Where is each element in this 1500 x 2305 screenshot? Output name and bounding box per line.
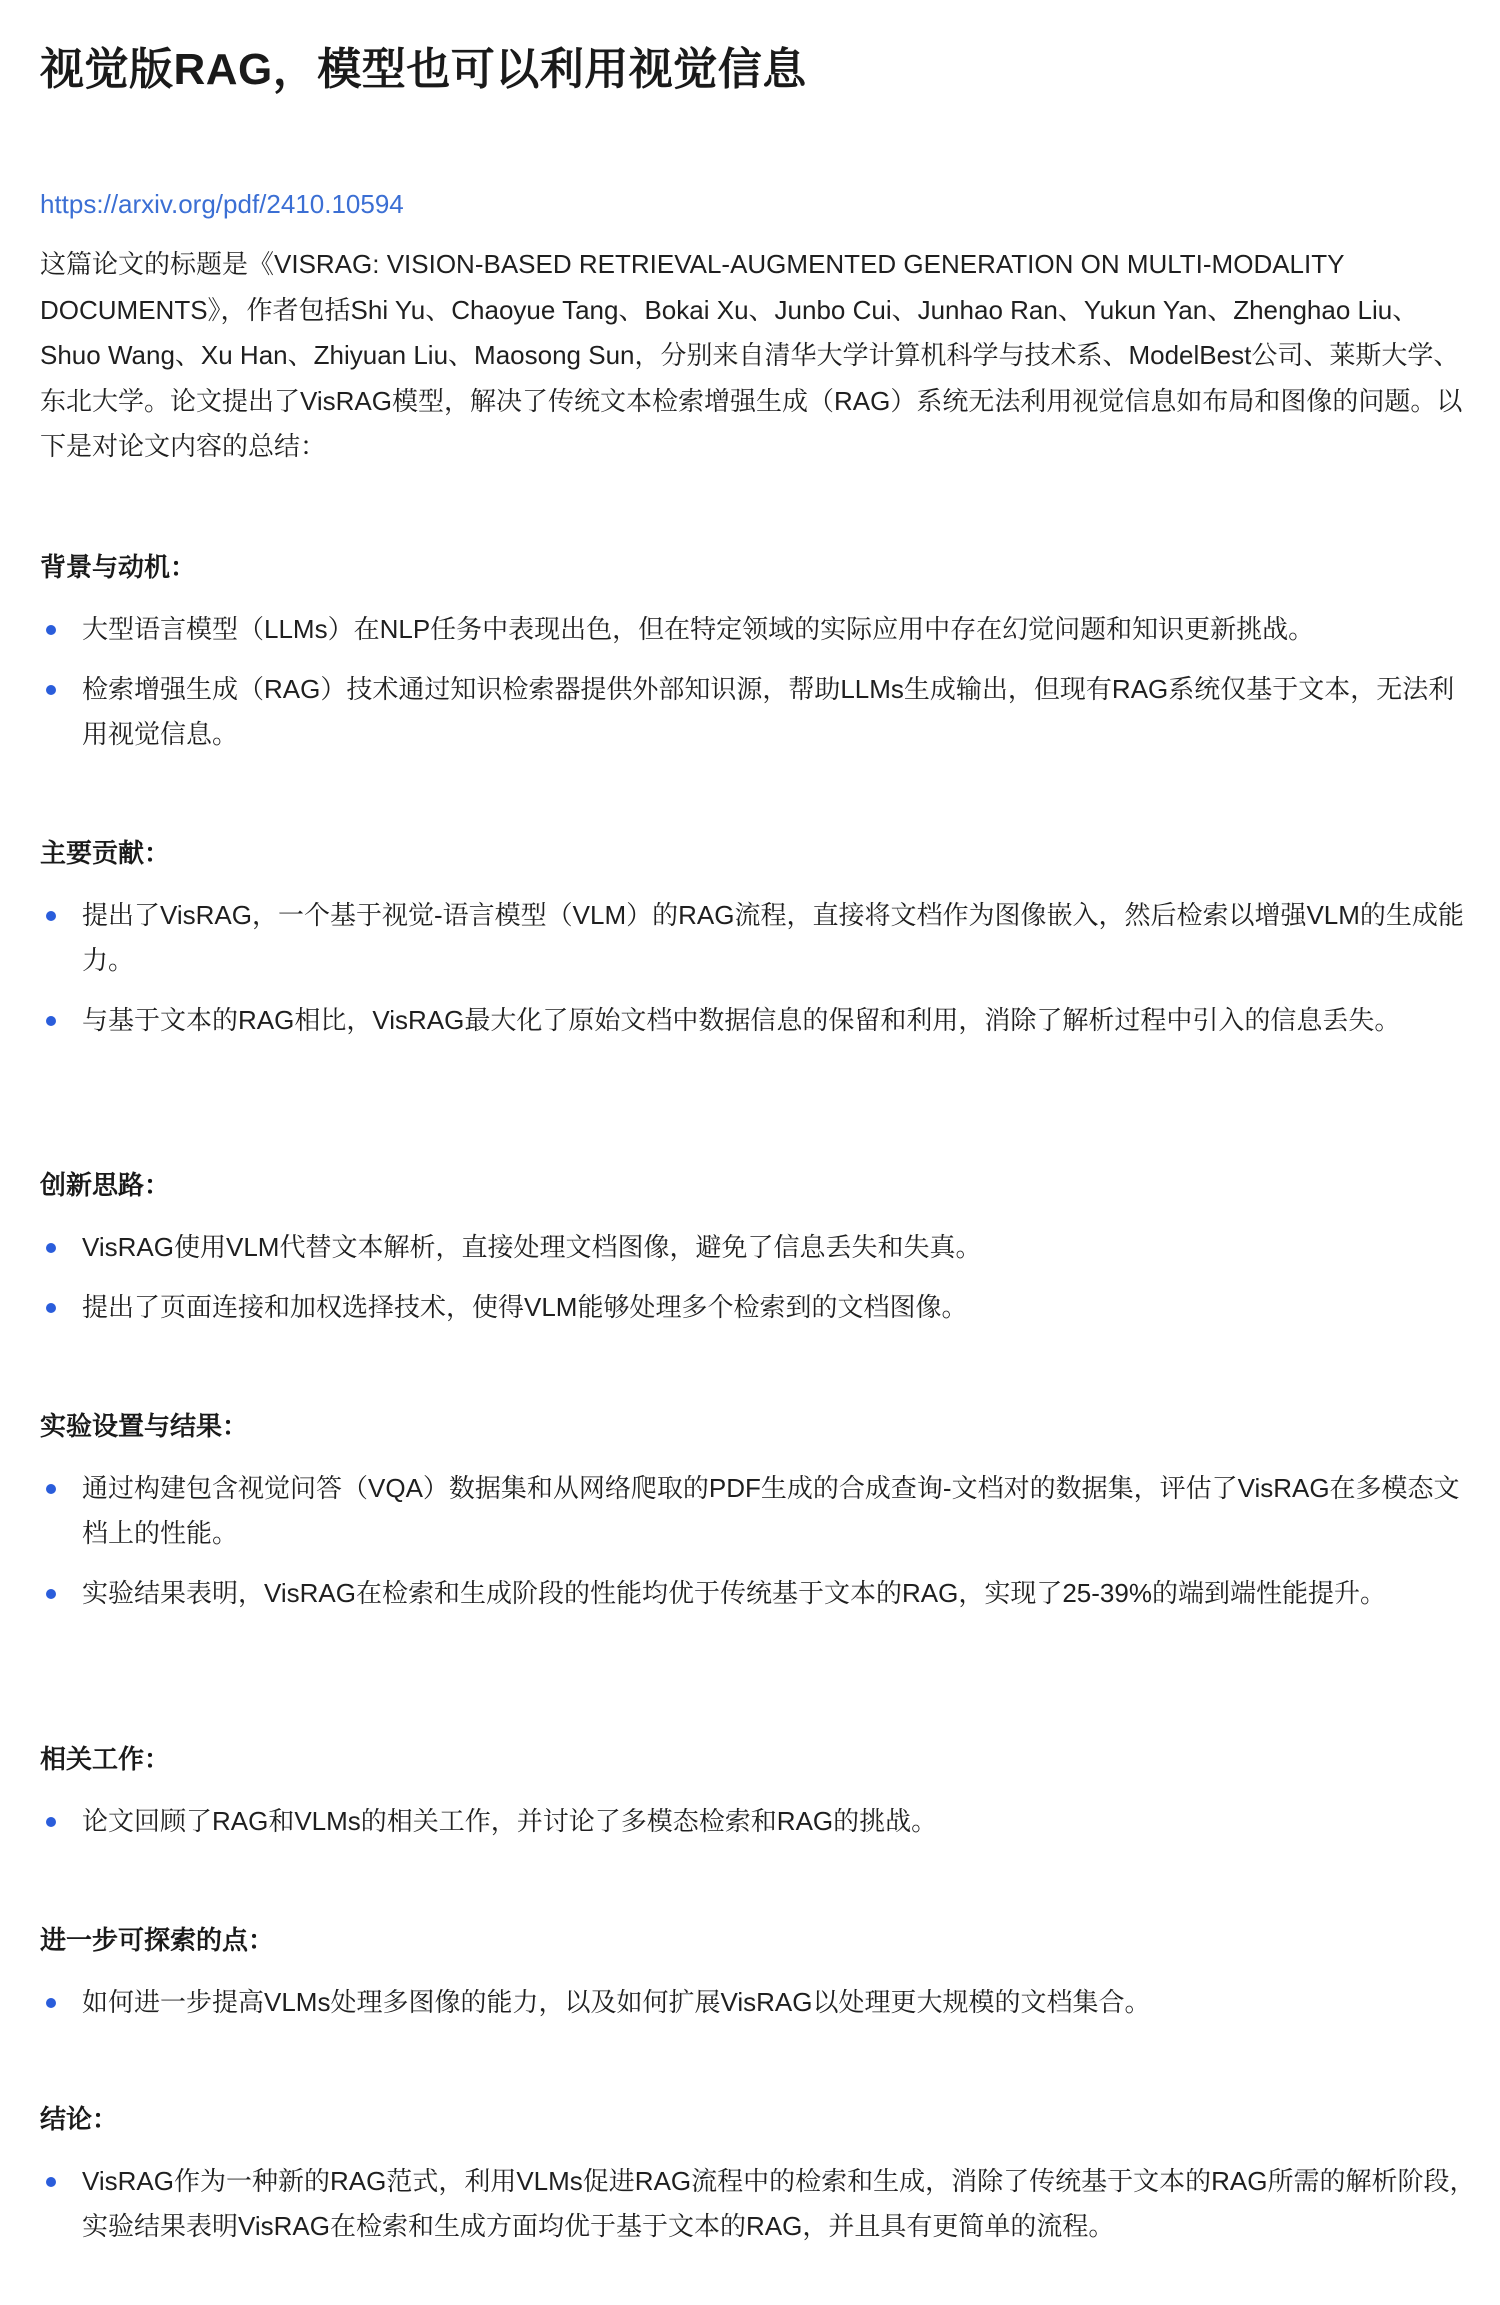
bullet-icon [46, 1484, 56, 1494]
list-item: 如何进一步提高VLMs处理多图像的能力，以及如何扩展VisRAG以处理更大规模的… [40, 1980, 1480, 2026]
bullet-icon [46, 911, 56, 921]
section-heading: 相关工作： [40, 1737, 1480, 1783]
bullet-icon [46, 2177, 56, 2187]
bullet-list: 提出了VisRAG，一个基于视觉-语言模型（VLM）的RAG流程，直接将文档作为… [40, 893, 1480, 1044]
section-future-work: 进一步可探索的点： 如何进一步提高VLMs处理多图像的能力，以及如何扩展VisR… [40, 1918, 1480, 2040]
list-item: 与基于文本的RAG相比，VisRAG最大化了原始文档中数据信息的保留和利用，消除… [40, 998, 1480, 1044]
list-item: 论文回顾了RAG和VLMs的相关工作，并讨论了多模态检索和RAG的挑战。 [40, 1799, 1480, 1845]
list-item: 提出了页面连接和加权选择技术，使得VLM能够处理多个检索到的文档图像。 [40, 1285, 1480, 1331]
list-item: 实验结果表明，VisRAG在检索和生成阶段的性能均优于传统基于文本的RAG，实现… [40, 1571, 1480, 1617]
list-item: 检索增强生成（RAG）技术通过知识检索器提供外部知识源，帮助LLMs生成输出，但… [40, 667, 1480, 758]
bullet-icon [46, 1243, 56, 1253]
bullet-list: VisRAG使用VLM代替文本解析，直接处理文档图像，避免了信息丢失和失真。 提… [40, 1225, 1480, 1331]
section-related-work: 相关工作： 论文回顾了RAG和VLMs的相关工作，并讨论了多模态检索和RAG的挑… [40, 1737, 1480, 1859]
page-title: 视觉版RAG，模型也可以利用视觉信息 [40, 40, 807, 100]
bullet-list: VisRAG作为一种新的RAG范式，利用VLMs促进RAG流程中的检索和生成，消… [40, 2159, 1480, 2250]
section-heading: 主要贡献： [40, 831, 1480, 877]
section-heading: 创新思路： [40, 1163, 1480, 1209]
bullet-icon [46, 1998, 56, 2008]
intro-paragraph: 这篇论文的标题是《VISRAG: VISION-BASED RETRIEVAL-… [40, 242, 1465, 470]
list-item: 大型语言模型（LLMs）在NLP任务中表现出色，但在特定领域的实际应用中存在幻觉… [40, 607, 1480, 653]
bullet-list: 如何进一步提高VLMs处理多图像的能力，以及如何扩展VisRAG以处理更大规模的… [40, 1980, 1480, 2026]
section-heading: 实验设置与结果： [40, 1404, 1480, 1450]
list-item: 提出了VisRAG，一个基于视觉-语言模型（VLM）的RAG流程，直接将文档作为… [40, 893, 1480, 984]
bullet-icon [46, 1817, 56, 1827]
bullet-icon [46, 625, 56, 635]
section-background: 背景与动机： 大型语言模型（LLMs）在NLP任务中表现出色，但在特定领域的实际… [40, 545, 1480, 772]
section-heading: 背景与动机： [40, 545, 1480, 591]
section-heading: 进一步可探索的点： [40, 1918, 1480, 1964]
section-experiments: 实验设置与结果： 通过构建包含视觉问答（VQA）数据集和从网络爬取的PDF生成的… [40, 1404, 1480, 1631]
bullet-icon [46, 1303, 56, 1313]
list-item: VisRAG使用VLM代替文本解析，直接处理文档图像，避免了信息丢失和失真。 [40, 1225, 1480, 1271]
section-conclusion: 结论： VisRAG作为一种新的RAG范式，利用VLMs促进RAG流程中的检索和… [40, 2097, 1480, 2264]
section-contributions: 主要贡献： 提出了VisRAG，一个基于视觉-语言模型（VLM）的RAG流程，直… [40, 831, 1480, 1058]
bullet-list: 论文回顾了RAG和VLMs的相关工作，并讨论了多模态检索和RAG的挑战。 [40, 1799, 1480, 1845]
paper-link[interactable]: https://arxiv.org/pdf/2410.10594 [40, 184, 404, 224]
bullet-list: 大型语言模型（LLMs）在NLP任务中表现出色，但在特定领域的实际应用中存在幻觉… [40, 607, 1480, 758]
bullet-list: 通过构建包含视觉问答（VQA）数据集和从网络爬取的PDF生成的合成查询-文档对的… [40, 1466, 1480, 1617]
section-innovation: 创新思路： VisRAG使用VLM代替文本解析，直接处理文档图像，避免了信息丢失… [40, 1163, 1480, 1345]
bullet-icon [46, 685, 56, 695]
list-item: VisRAG作为一种新的RAG范式，利用VLMs促进RAG流程中的检索和生成，消… [40, 2159, 1480, 2250]
section-heading: 结论： [40, 2097, 1480, 2143]
list-item: 通过构建包含视觉问答（VQA）数据集和从网络爬取的PDF生成的合成查询-文档对的… [40, 1466, 1480, 1557]
bullet-icon [46, 1016, 56, 1026]
bullet-icon [46, 1589, 56, 1599]
